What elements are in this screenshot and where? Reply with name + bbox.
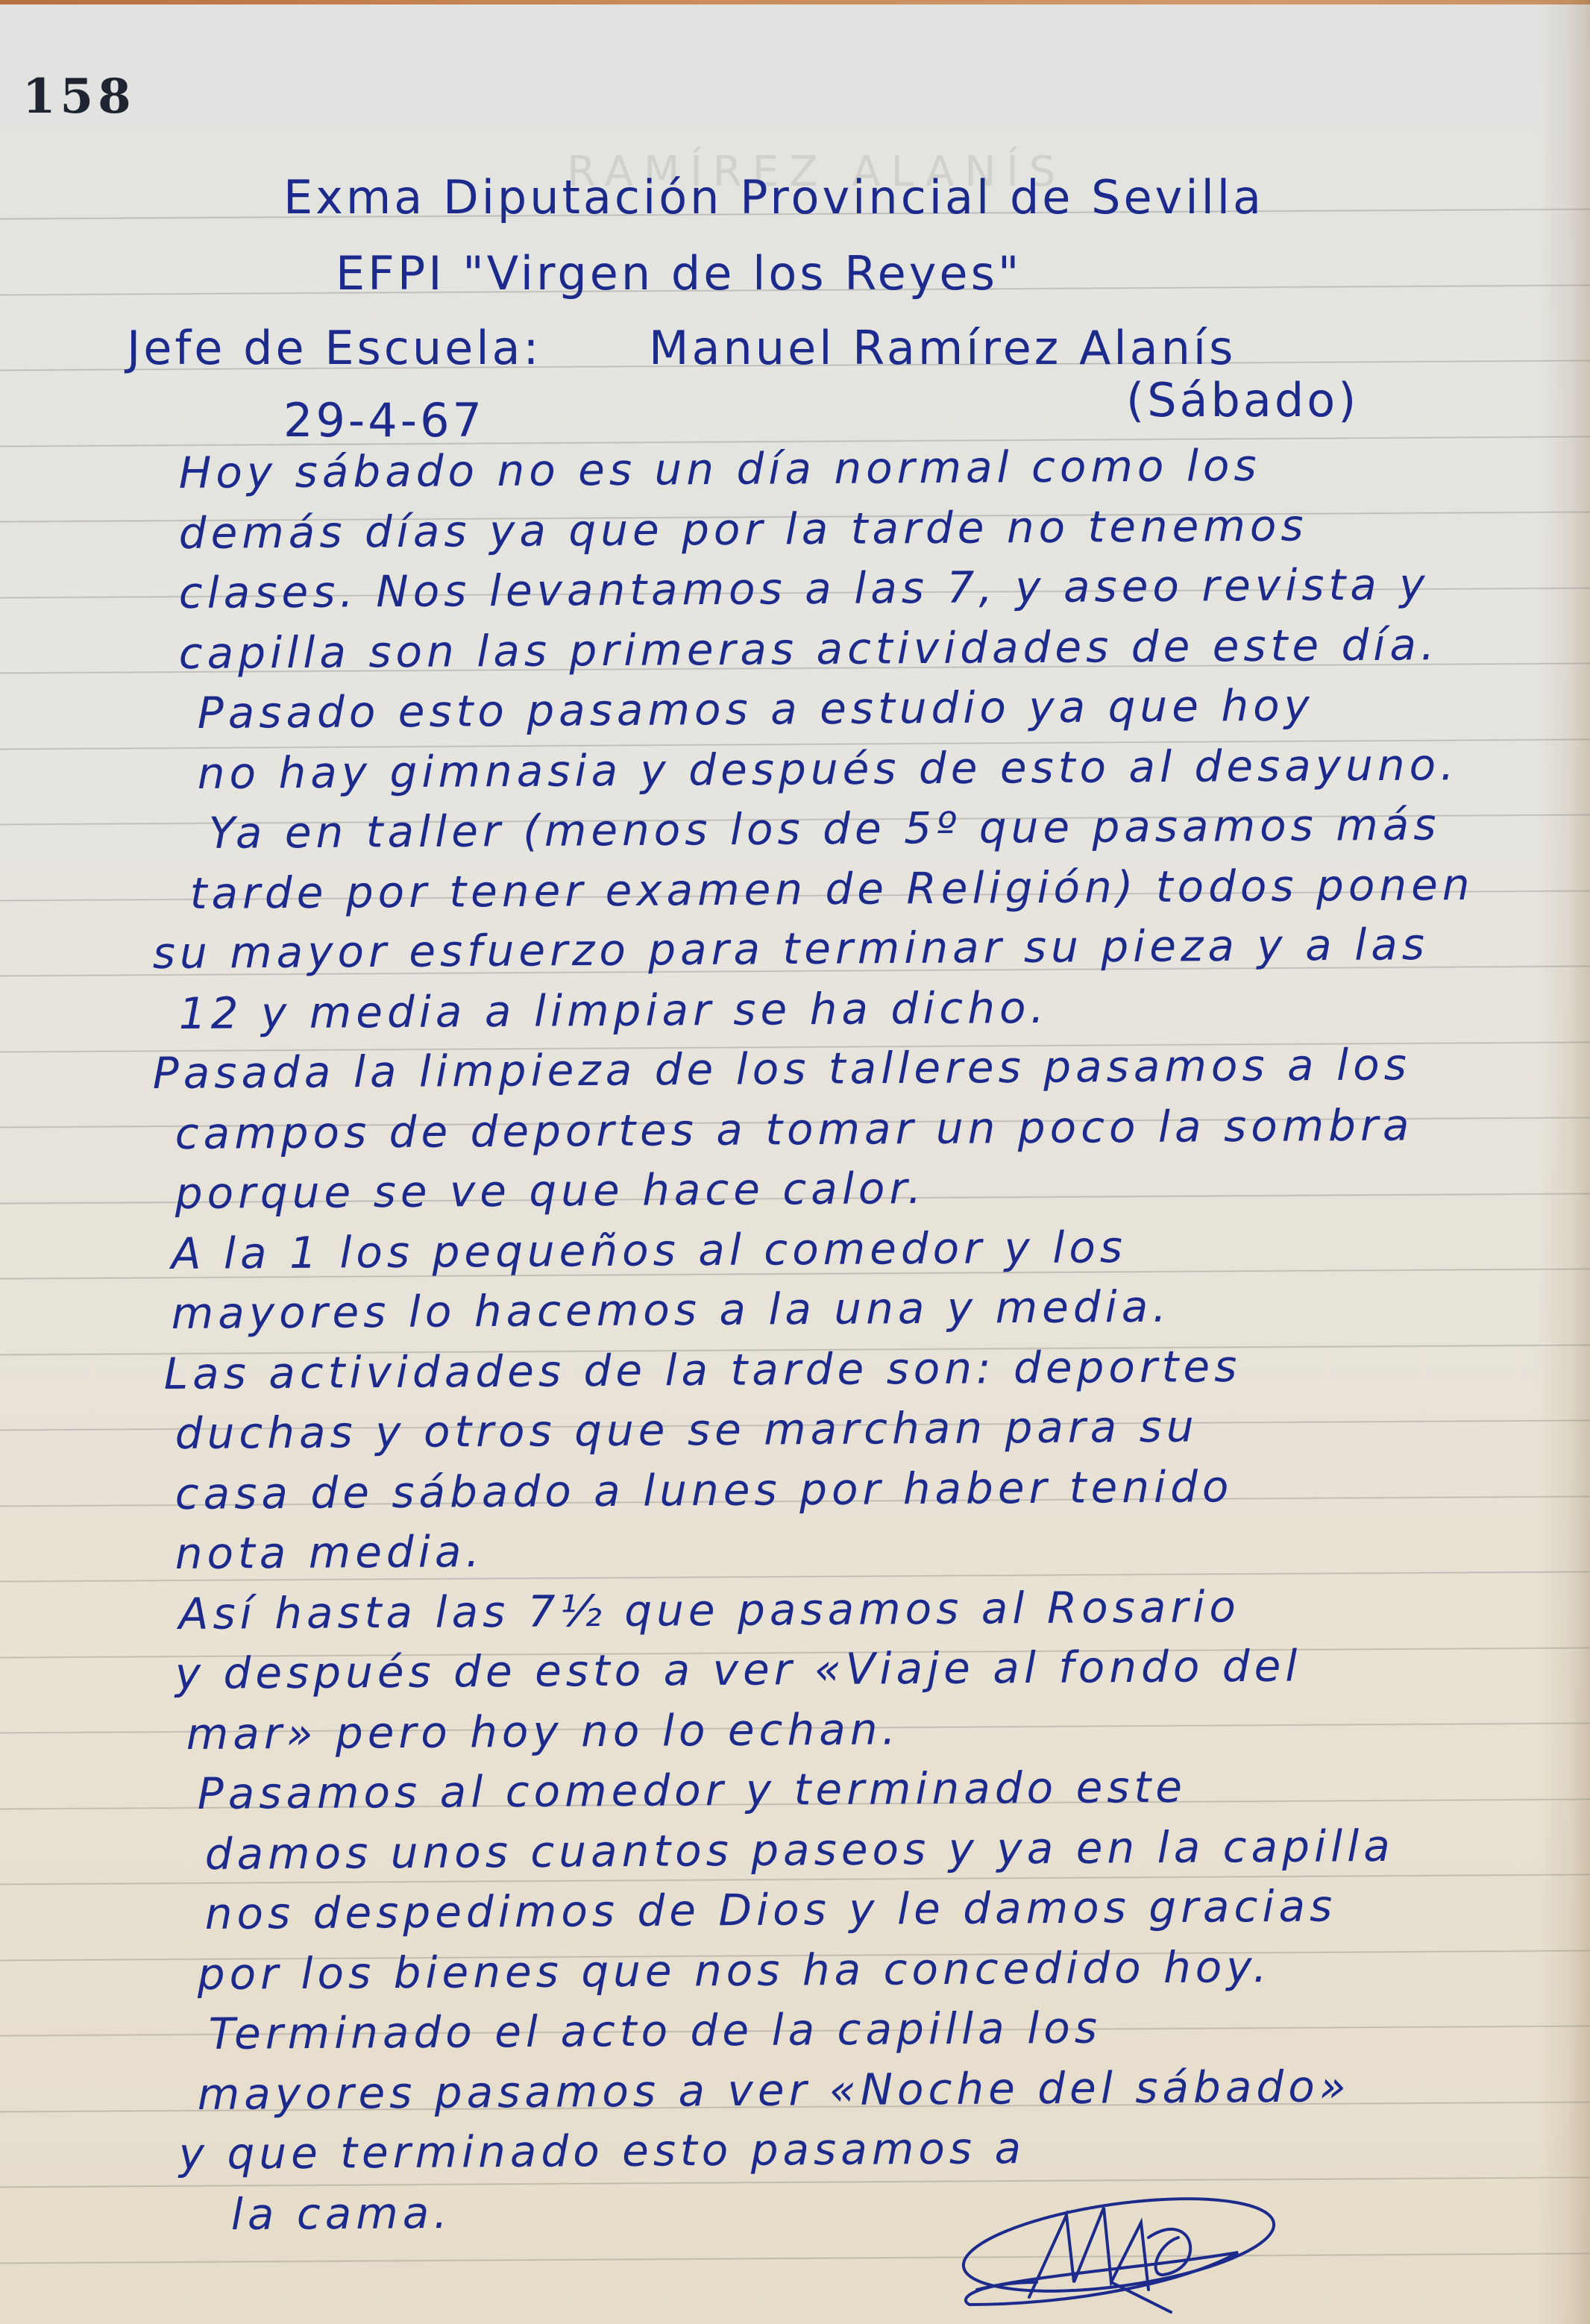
entry-line: duchas y otros que se marchan para su — [175, 1401, 1198, 1459]
entry-line: mar» pero hoy no lo echan. — [186, 1703, 901, 1759]
page-number: 158 — [22, 69, 136, 125]
entry-line: Ya en taller (menos los de 5º que pasamo… — [209, 799, 1441, 858]
entry-line: A la 1 los pequeños al comedor y los — [172, 1222, 1128, 1279]
entry-line: mayores lo hacemos a la una y media. — [172, 1281, 1171, 1339]
entry-line: Pasamos al comedor y terminado este — [198, 1762, 1187, 1819]
ruled-line — [0, 2252, 1590, 2264]
signature — [925, 2193, 1283, 2320]
entry-line: Hoy sábado no es un día normal como los — [179, 440, 1261, 498]
entry-line: nos despedimos de Dios y le damos gracia… — [205, 1880, 1337, 1939]
entry-line: Pasado esto pasamos a estudio ya que hoy — [198, 680, 1315, 738]
entry-line: Las actividades de la tarde son: deporte… — [164, 1340, 1242, 1398]
entry-line: capilla son las primeras actividades de … — [179, 619, 1439, 679]
entry-line: Así hasta las 7½ que pasamos al Rosario — [179, 1581, 1241, 1639]
entry-line: Pasada la limpieza de los talleres pasam… — [153, 1039, 1411, 1099]
entry-date: 29-4-67 — [283, 393, 485, 447]
entry-line: casa de sábado a lunes por haber tenido — [175, 1461, 1234, 1519]
chief-name: Manuel Ramírez Alanís — [649, 321, 1236, 375]
entry-line: por los bienes que nos ha concedido hoy. — [198, 1941, 1272, 1999]
entry-line: tarde por tener examen de Religión) todo… — [190, 858, 1474, 918]
entry-weekday: (Sábado) — [1126, 373, 1359, 427]
entry-line: damos unos cuantos paseos y ya en la cap… — [205, 1820, 1395, 1879]
entry-line: demás días ya que por la tarde no tenemo… — [179, 500, 1308, 559]
entry-line: porque se ve que hace calor. — [175, 1163, 926, 1219]
entry-line: no hay gimnasia y después de esto al des… — [198, 739, 1459, 799]
entry-line: y que terminado esto pasamos a — [179, 2123, 1026, 2179]
entry-line: y después de esto a ver «Viaje al fondo … — [175, 1640, 1302, 1699]
school-name: EFPI "Virgen de los Reyes" — [336, 246, 1022, 301]
entry-line: la cama. — [231, 2187, 452, 2239]
entry-line: nota media. — [175, 1526, 485, 1579]
entry-line: mayores pasamos a ver «Noche del sábado» — [198, 2061, 1351, 2120]
entry-line: su mayor esfuerzo para terminar su pieza… — [153, 919, 1430, 979]
institution-heading: Exma Diputación Provincial de Sevilla — [283, 170, 1264, 224]
entry-line: campos de deportes a tomar un poco la so… — [175, 1099, 1414, 1159]
entry-line: 12 y media a limpiar se ha dicho. — [179, 982, 1049, 1038]
entry-line: Terminado el acto de la capilla los — [209, 2003, 1102, 2059]
chief-label: Jefe de Escuela: — [127, 321, 541, 375]
entry-line: clases. Nos levantamos a las 7, y aseo r… — [179, 559, 1430, 618]
